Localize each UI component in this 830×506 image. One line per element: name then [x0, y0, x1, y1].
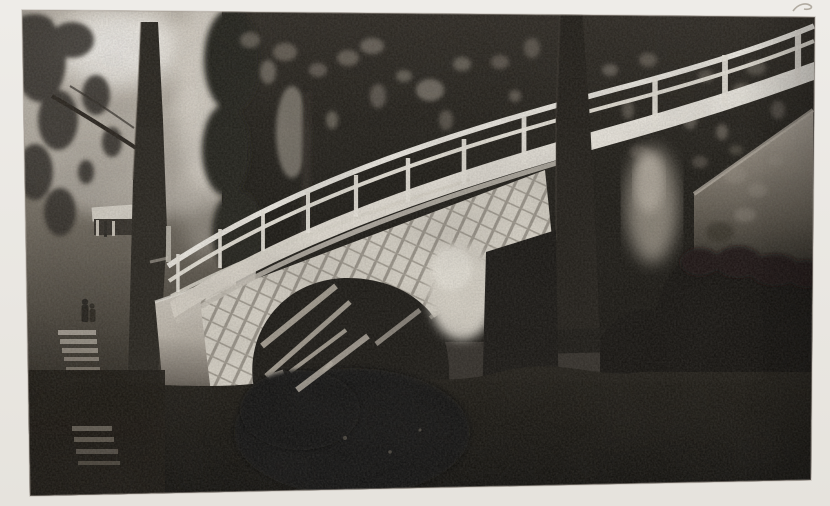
- scanned-page: White wooden arch footbridge rising from…: [0, 0, 830, 506]
- photograph: [0, 0, 830, 506]
- right-edge-vignette: [740, 8, 815, 500]
- photo-blotch: [22, 8, 815, 500]
- photo-area: [0, 0, 826, 506]
